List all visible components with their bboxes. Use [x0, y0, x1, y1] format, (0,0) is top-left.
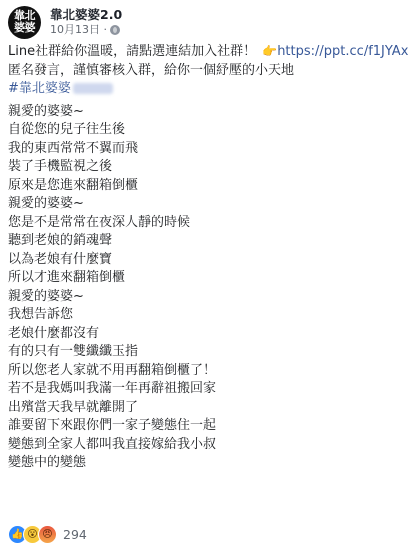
angry-reaction-icon[interactable]: 😠	[38, 525, 57, 544]
post-line: 誰要留下來跟你們一家子變態住一起	[8, 417, 413, 436]
intro-line-1: Line社群給你溫暖，請點選連結加入社群！ 👉https://ppt.cc/f1…	[8, 42, 413, 62]
post-date[interactable]: 10月13日 ·	[50, 22, 107, 37]
post-line: 老娘什麼都沒有	[8, 325, 413, 344]
intro-text: Line社群給你溫暖，請點選連結加入社群！	[8, 44, 256, 59]
hashtag-link[interactable]: #靠北婆婆	[8, 81, 71, 96]
post-line: 變態到全家人都叫我直接嫁給我小叔	[8, 436, 413, 455]
post-line: 變態中的變態	[8, 454, 413, 473]
post-line: 裝了手機監視之後	[8, 158, 413, 177]
post-line: 自從您的兒子往生後	[8, 121, 413, 140]
date-row: 10月13日 ·	[50, 22, 122, 37]
post-line: 若不是我媽叫我滿一年再辭祖搬回家	[8, 380, 413, 399]
line-group-link[interactable]: https://ppt.cc/f1JYAx	[277, 44, 408, 59]
reactions-bar[interactable]: 👍 😮 😠 294	[8, 524, 87, 544]
blurred-hashtag-suffix	[73, 83, 113, 94]
globe-icon	[110, 25, 120, 35]
post-line: 所以您老人家就不用再翻箱倒櫃了！	[8, 362, 413, 381]
post-line: 有的只有一雙纖纖玉指	[8, 343, 413, 362]
page-name-link[interactable]: 靠北婆婆2.0	[50, 7, 122, 22]
post-line: 聽到老娘的銷魂聲	[8, 232, 413, 251]
pointing-hand-icon: 👉	[262, 42, 277, 61]
post-line: 親愛的婆婆~	[8, 103, 413, 122]
avatar[interactable]: 靠北 婆婆	[8, 6, 41, 39]
post-body: Line社群給你溫暖，請點選連結加入社群！ 👉https://ppt.cc/f1…	[8, 42, 413, 473]
hashtag-row: #靠北婆婆	[8, 80, 413, 99]
avatar-text-bottom: 婆婆	[14, 22, 35, 34]
post-line: 所以才進來翻箱倒櫃	[8, 269, 413, 288]
post-line: 出殯當天我早就離開了	[8, 399, 413, 418]
post-line: 我想告訴您	[8, 306, 413, 325]
post-line: 您是不是常常在夜深人靜的時候	[8, 214, 413, 233]
post-line: 親愛的婆婆~	[8, 288, 413, 307]
post-meta: 靠北婆婆2.0 10月13日 ·	[50, 7, 122, 37]
post-header: 靠北 婆婆 靠北婆婆2.0 10月13日 ·	[8, 4, 122, 40]
post-line: 以為老娘有什麼寶	[8, 251, 413, 270]
reaction-count[interactable]: 294	[63, 527, 87, 542]
post-line: 我的東西常常不翼而飛	[8, 140, 413, 159]
post-line: 原來是您進來翻箱倒櫃	[8, 177, 413, 196]
post-line: 親愛的婆婆~	[8, 195, 413, 214]
intro-line-2: 匿名發言，謹慎審核入群，給你一個紓壓的小天地	[8, 62, 413, 81]
